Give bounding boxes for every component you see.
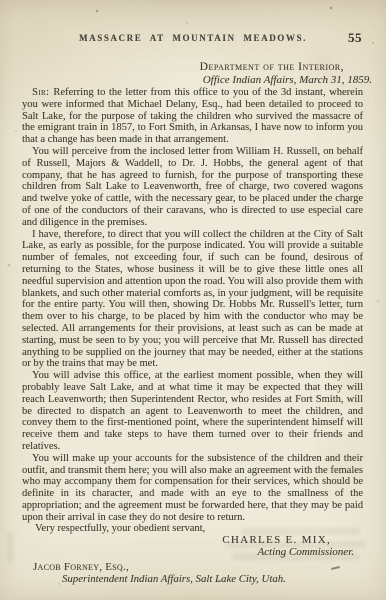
paragraph: You will advise this office, at the earl…: [22, 370, 363, 453]
running-header-title: MASSACRE AT MOUNTAIN MEADOWS.: [0, 33, 386, 43]
paragraph: You will make up your accounts for the s…: [22, 453, 363, 524]
bleedthrough-mark: [7, 533, 13, 563]
paragraph-opening: Sir:Referring to the letter from this of…: [22, 87, 363, 146]
running-header: MASSACRE AT MOUNTAIN MEADOWS. 55: [0, 33, 386, 47]
opening-text: Referring to the letter from this office…: [22, 87, 363, 145]
salutation: Sir:: [32, 87, 49, 98]
signature-title: Acting Commissioner.: [22, 547, 363, 559]
paragraph: I have, therefore, to direct that you wi…: [22, 229, 363, 371]
paper-foxing-stains: [0, 0, 8, 8]
paper-speckles: [0, 0, 2, 2]
letterhead: Department of the Interior, Office India…: [0, 61, 386, 86]
paragraph: You will perceive from the inclosed lett…: [22, 146, 363, 229]
page-number: 55: [348, 30, 362, 46]
letterhead-office-date: Office Indian Affairs, March 31, 1859.: [0, 74, 386, 86]
letterhead-department: Department of the Interior,: [0, 61, 386, 73]
addressee-name: Jacob Forney, Esq.,: [33, 562, 363, 574]
letter-body: Sir:Referring to the letter from this of…: [22, 87, 363, 585]
scanned-book-page: MASSACRE AT MOUNTAIN MEADOWS. 55 Departm…: [0, 0, 386, 600]
addressee-title: Superintendent Indian Affairs, Salt Lake…: [62, 574, 363, 586]
